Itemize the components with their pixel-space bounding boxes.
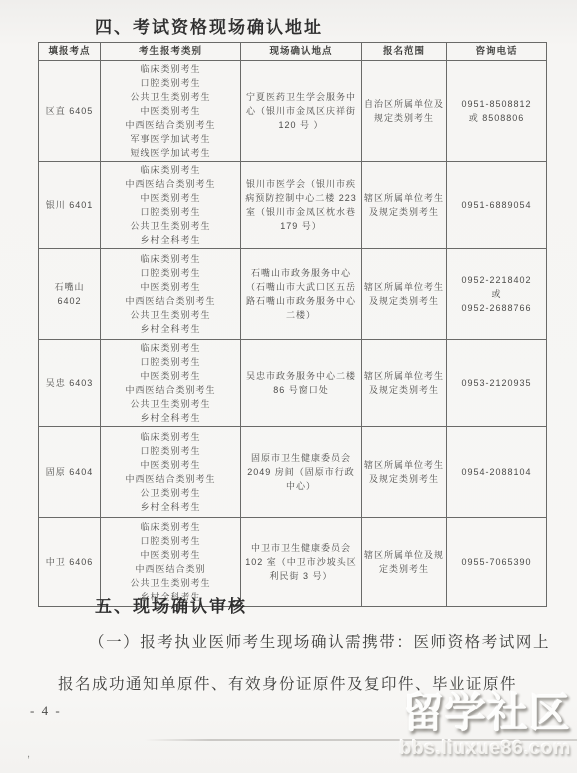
cell-location: 银川市医学会（银川市疾病预防控制中心二楼 223 室（银川市金凤区枕水巷 179…	[241, 162, 362, 249]
cell-site: 石嘴山 6402	[39, 249, 101, 340]
table-row: 银川 6401 临床类别考生 中西医结合类别考生 中医类别考生 口腔类别考生 公…	[39, 162, 547, 249]
header-cell-phone: 咨询电话	[447, 43, 547, 61]
watermark: 留学社区 bbs.liuxue86.com	[361, 690, 571, 759]
table-row: 吴忠 6403 临床类别考生 口腔类别考生 中医类别考生 中西医结合类别考生 公…	[39, 340, 547, 427]
cell-categories: 临床类别考生 口腔类别考生 中医类别考生 中西医结合类别考生 公共卫生类别考生 …	[101, 249, 241, 340]
cell-scope: 辖区所属单位考生及规定类别考生	[362, 427, 447, 518]
cell-site: 区直 6405	[39, 61, 101, 162]
scan-speck-artifact: ,	[27, 748, 30, 760]
cell-location: 中卫市卫生健康委员会 102 室（中卫市沙坡头区利民街 3 号）	[241, 518, 362, 607]
cell-scope: 辖区所属单位及规定类别考生	[362, 518, 447, 607]
cell-phone: 0953-2120935	[447, 340, 547, 427]
section-4-heading: 四、考试资格现场确认地址	[95, 13, 323, 38]
cell-site: 吴忠 6403	[39, 340, 101, 427]
cell-categories: 临床类别考生 中西医结合类别考生 中医类别考生 口腔类别考生 公共卫生类别考生 …	[101, 162, 241, 249]
cell-phone: 0952-2218402 或 0952-2688766	[447, 249, 547, 340]
section-5-heading: 五、现场确认审核	[95, 592, 247, 617]
cell-site: 固原 6404	[39, 427, 101, 518]
cell-phone: 0951-6889054	[447, 162, 547, 249]
cell-scope: 自治区所属单位及规定类别考生	[362, 61, 447, 162]
table-header-row: 填报考点 考生报考类别 现场确认地点 报名范围 咨询电话	[39, 43, 547, 61]
cell-location: 宁夏医药卫生学会服务中心（银川市金凤区庆祥街 120 号 ）	[241, 61, 362, 162]
cell-categories: 临床类别考生 口腔类别考生 中医类别考生 中西医结合类别考生 公卫类别考生 乡村…	[101, 427, 241, 518]
cell-site: 银川 6401	[39, 162, 101, 249]
table-row: 区直 6405 临床类别考生 口腔类别考生 公共卫生类别考生 中医类别考生 中西…	[39, 61, 547, 162]
watermark-logo-text: 留学社区	[361, 690, 571, 736]
cell-scope: 辖区所属单位考生及规定类别考生	[362, 340, 447, 427]
cell-location: 吴忠市政务服务中心二楼 86 号窗口处	[241, 340, 362, 427]
cell-site: 中卫 6406	[39, 518, 101, 607]
cell-categories: 临床类别考生 口腔类别考生 中医类别考生 中西医结合类别考生 公共卫生类别考生 …	[101, 340, 241, 427]
confirmation-address-table: 填报考点 考生报考类别 现场确认地点 报名范围 咨询电话 区直 6405 临床类…	[38, 42, 547, 607]
table-row: 固原 6404 临床类别考生 口腔类别考生 中医类别考生 中西医结合类别考生 公…	[39, 427, 547, 518]
header-cell-categories: 考生报考类别	[101, 43, 241, 61]
watermark-url-text: bbs.liuxue86.com	[361, 737, 571, 759]
cell-location: 石嘴山市政务服务中心（石嘴山市大武口区五岳路石嘴山市政务服务中心二楼）	[241, 249, 362, 340]
scanned-document-page: 四、考试资格现场确认地址 填报考点 考生报考类别 现场确认地点 报名范围 咨询电…	[0, 0, 577, 773]
cell-scope: 辖区所属单位考生及规定类别考生	[362, 162, 447, 249]
table-row: 石嘴山 6402 临床类别考生 口腔类别考生 中医类别考生 中西医结合类别考生 …	[39, 249, 547, 340]
cell-categories: 临床类别考生 口腔类别考生 公共卫生类别考生 中医类别考生 中西医结合类别考生 …	[101, 61, 241, 162]
cell-phone: 0951-8508812 或 8508806	[447, 61, 547, 162]
page-number: - 4 -	[30, 703, 62, 719]
header-cell-location: 现场确认地点	[241, 43, 362, 61]
cell-location: 固原市卫生健康委员会 2049 房间（固原市行政中心）	[241, 427, 362, 518]
header-cell-scope: 报名范围	[362, 43, 447, 61]
cell-phone: 0954-2088104	[447, 427, 547, 518]
cell-phone: 0955-7065390	[447, 518, 547, 607]
header-cell-site: 填报考点	[39, 43, 101, 61]
cell-scope: 辖区所属单位考生及规定类别考生	[362, 249, 447, 340]
